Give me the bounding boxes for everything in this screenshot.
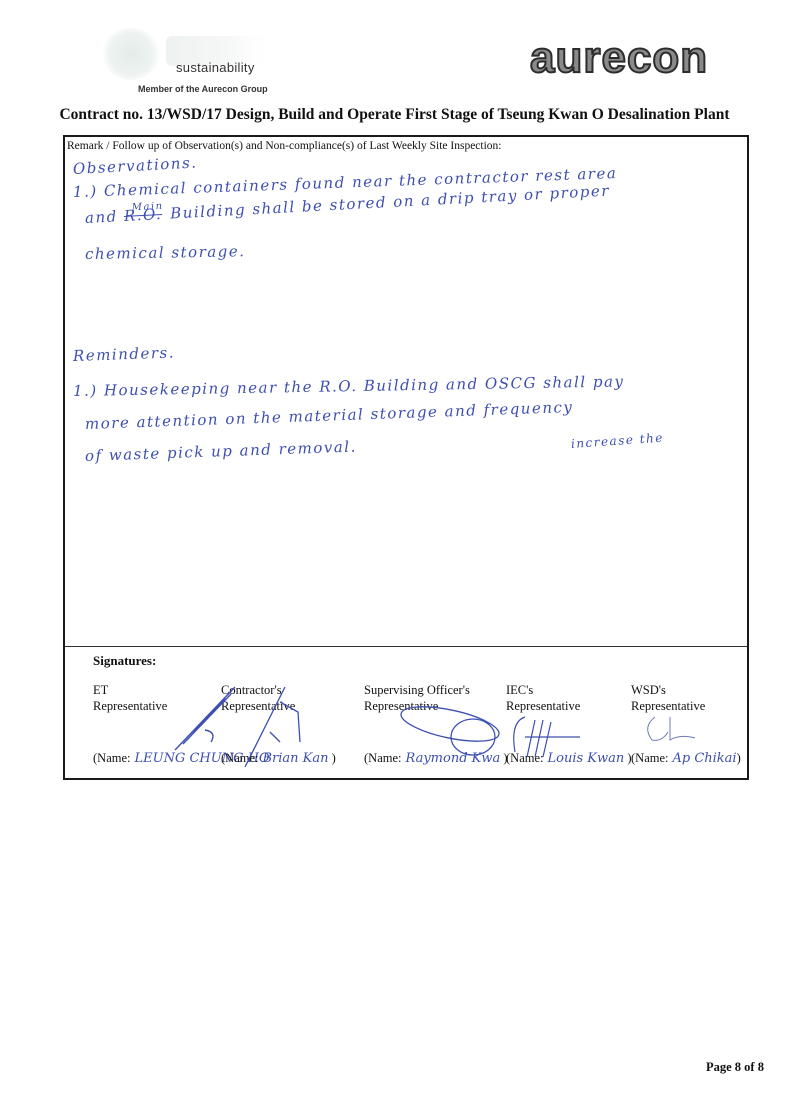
name-prefix: (Name: — [631, 751, 668, 765]
role-line-1: WSD's — [631, 682, 751, 698]
name-row: (Name:Ap Chikai) — [631, 750, 741, 767]
reminder-line-2: more attention on the material storage a… — [85, 398, 574, 433]
logo-emblem-icon — [102, 28, 160, 80]
role-line-2: Representative — [221, 698, 361, 714]
name-suffix: ) — [332, 751, 336, 765]
inserted-word: Main — [131, 201, 163, 214]
signer-name: Ap Chikai — [672, 751, 736, 766]
aurecon-logo: aurecon — [530, 36, 708, 80]
reminder-line-3: of waste pick up and removal. — [85, 438, 357, 465]
observations-heading: Observations. — [73, 153, 198, 177]
reminder-insertion: increase the — [571, 431, 665, 451]
remark-label: Remark / Follow up of Observation(s) and… — [67, 140, 501, 152]
role-line-2: Representative — [506, 698, 631, 714]
signer-name: Raymond Kwa — [405, 751, 500, 766]
role-line-1: Supervising Officer's — [364, 682, 504, 698]
role-line-1: IEC's — [506, 682, 631, 698]
logo-member-text: Member of the Aurecon Group — [138, 84, 268, 94]
reminders-heading: Reminders. — [73, 343, 176, 365]
signer-name: Louis Kwan — [547, 751, 624, 766]
name-prefix: (Name: — [506, 751, 543, 765]
role-line-2: Representative — [364, 698, 504, 714]
name-row: (Name:Louis Kwan ) — [506, 750, 632, 767]
signature-contractor: Contractor's Representative (Name:Brian … — [221, 682, 361, 714]
name-prefix: (Name: — [364, 751, 401, 765]
signature-et: ET Representative (Name:LEUNG CHUNG HO — [93, 682, 223, 714]
reminder-line-1: 1.) Housekeeping near the R.O. Building … — [73, 372, 625, 400]
signature-iec: IEC's Representative (Name:Louis Kwan ) — [506, 682, 631, 714]
company-logo: sustainability Member of the Aurecon Gro… — [80, 22, 280, 97]
signature-supervising-officer: Supervising Officer's Representative (Na… — [364, 682, 504, 714]
signer-name: Brian Kan — [262, 751, 328, 766]
signatures-heading: Signatures: — [93, 653, 156, 669]
section-divider — [65, 646, 747, 647]
name-row: (Name:Brian Kan ) — [221, 750, 336, 767]
name-suffix: ) — [737, 751, 741, 765]
observation-line-2-pre: and — [85, 207, 125, 227]
name-prefix: (Name: — [221, 751, 258, 765]
wsd-signature-scribble — [640, 712, 700, 747]
role-line-1: Contractor's — [221, 682, 361, 698]
name-row: (Name:Raymond Kwa ) — [364, 750, 508, 767]
role-line-2: Representative — [93, 698, 223, 714]
name-prefix: (Name: — [93, 751, 130, 765]
signature-wsd: WSD's Representative (Name:Ap Chikai) — [631, 682, 751, 714]
contract-title: Contract no. 13/WSD/17 Design, Build and… — [0, 106, 789, 124]
remark-form: Remark / Follow up of Observation(s) and… — [63, 135, 749, 780]
logo-wordmark: sustainability — [176, 60, 255, 75]
observation-line-3: chemical storage. — [85, 242, 246, 263]
role-line-2: Representative — [631, 698, 751, 714]
role-line-1: ET — [93, 682, 223, 698]
page-number: Page 8 of 8 — [706, 1060, 764, 1075]
